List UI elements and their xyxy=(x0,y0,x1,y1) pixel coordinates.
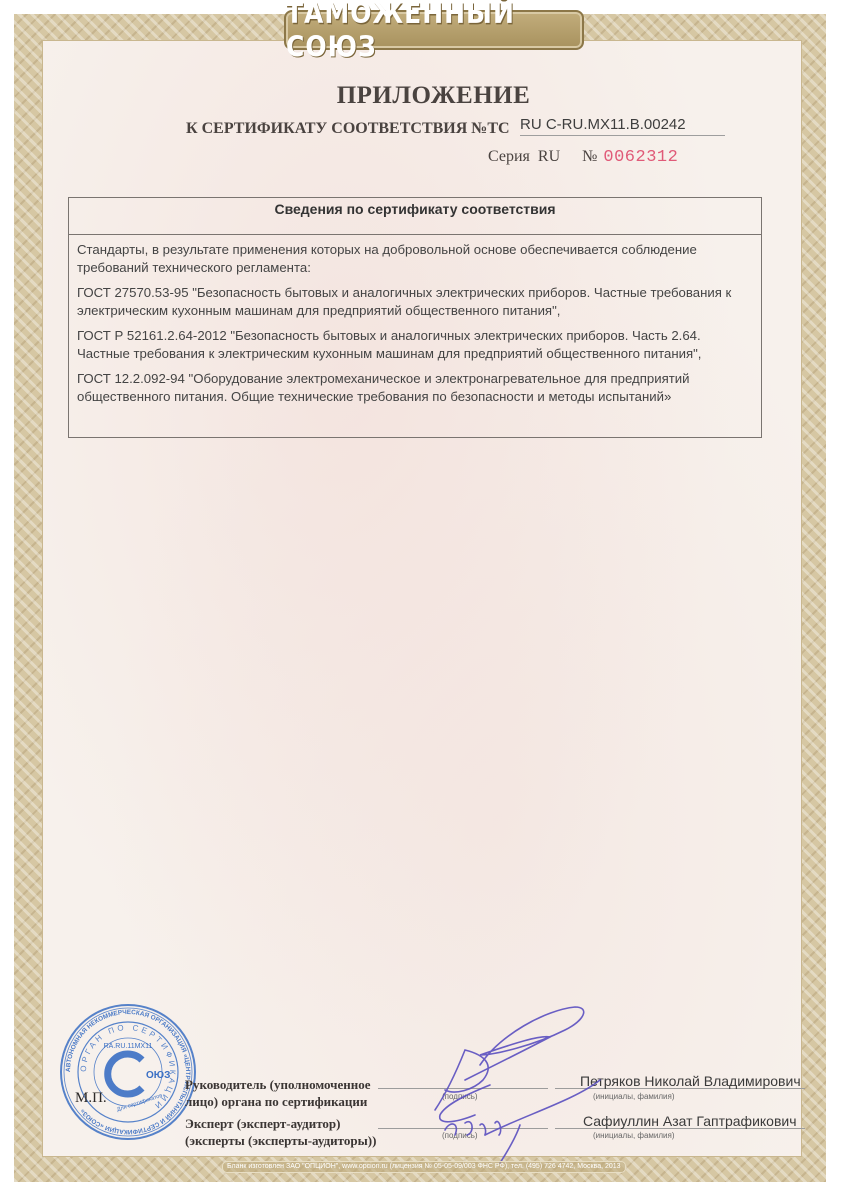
info-heading: Сведения по сертификату соответствия xyxy=(69,198,761,235)
standard-item: ГОСТ 27570.53-95 "Безопасность бытовых и… xyxy=(77,284,753,319)
head-label: Руководитель (уполномоченное лицо) орган… xyxy=(185,1076,371,1110)
series-label: Серия xyxy=(488,148,530,165)
series-value: RU xyxy=(538,148,560,165)
certification-body-stamp-icon: АВТОНОМНАЯ НЕКОММЕРЧЕСКАЯ ОРГАНИЗАЦИЯ «Ц… xyxy=(58,1002,198,1142)
number-sign: № xyxy=(582,148,597,165)
series-line: СерияRU№0062312 xyxy=(488,148,678,167)
blank-number: 0062312 xyxy=(603,148,678,167)
standard-item: ГОСТ 12.2.092-94 "Оборудование электроме… xyxy=(77,370,753,405)
document-title: ПРИЛОЖЕНИЕ xyxy=(0,82,867,110)
svg-text:RA.RU.11MX11: RA.RU.11MX11 xyxy=(104,1043,153,1050)
seal-place-label: М.П. xyxy=(75,1090,107,1107)
certificate-number: RU C-RU.MX11.B.00242 xyxy=(520,116,725,136)
expert-label: Эксперт (эксперт-аудитор) (эксперты (экс… xyxy=(185,1115,376,1149)
customs-union-banner: ТАМОЖЕННЫЙ СОЮЗ xyxy=(284,10,584,50)
standard-item: ГОСТ Р 52161.2.64-2012 "Безопасность быт… xyxy=(77,327,753,362)
printer-note: Бланк изготовлен ЗАО "ОПЦИОН", www.opcio… xyxy=(222,1161,626,1173)
standards-intro: Стандарты, в результате применения котор… xyxy=(77,241,753,276)
handwritten-signature-icon xyxy=(425,995,635,1165)
certificate-info-box: Сведения по сертификату соответствия Ста… xyxy=(68,197,762,438)
info-body: Стандарты, в результате применения котор… xyxy=(69,235,761,405)
certificate-label: К СЕРТИФИКАТУ СООТВЕТСТВИЯ №ТС xyxy=(186,120,510,138)
svg-text:ОЮЗ: ОЮЗ xyxy=(146,1070,170,1081)
banner-text: ТАМОЖЕННЫЙ СОЮЗ xyxy=(286,0,582,63)
